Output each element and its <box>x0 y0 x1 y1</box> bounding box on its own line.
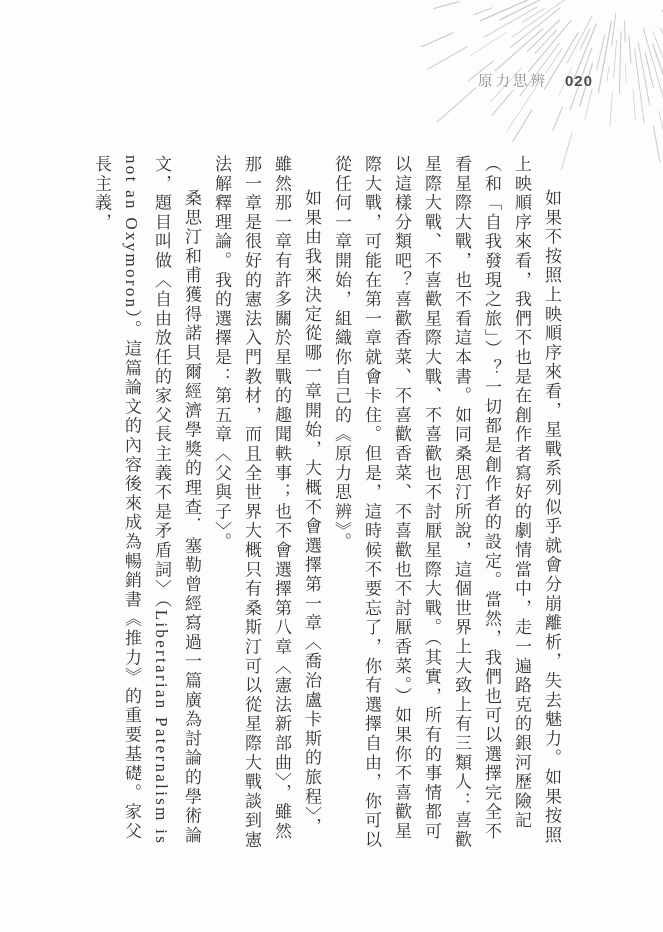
running-head: 原力思辨 020 <box>478 70 593 91</box>
paragraph-2: 如果由我來決定從哪一章開始，大概不會選擇第一章〈喬治盧卡斯的旅程〉，雖然那一章有… <box>206 155 326 852</box>
book-page: 原力思辨 020 如果不按照上映順序來看，星戰系列似乎就會分崩離析，失去魅力。如… <box>0 0 663 932</box>
paragraph-3: 桑思汀和甫獲得諾貝爾經濟學獎的理查．塞勒曾經寫過一篇廣為討論的學術論文，題目叫做… <box>86 155 206 852</box>
paragraph-1: 如果不按照上映順序來看，星戰系列似乎就會分崩離析，失去魅力。如果按照上映順序來看… <box>326 155 566 852</box>
page-number: 020 <box>565 73 593 90</box>
text-block: 如果不按照上映順序來看，星戰系列似乎就會分崩離析，失去魅力。如果按照上映順序來看… <box>88 155 566 852</box>
book-title: 原力思辨 <box>478 70 548 91</box>
